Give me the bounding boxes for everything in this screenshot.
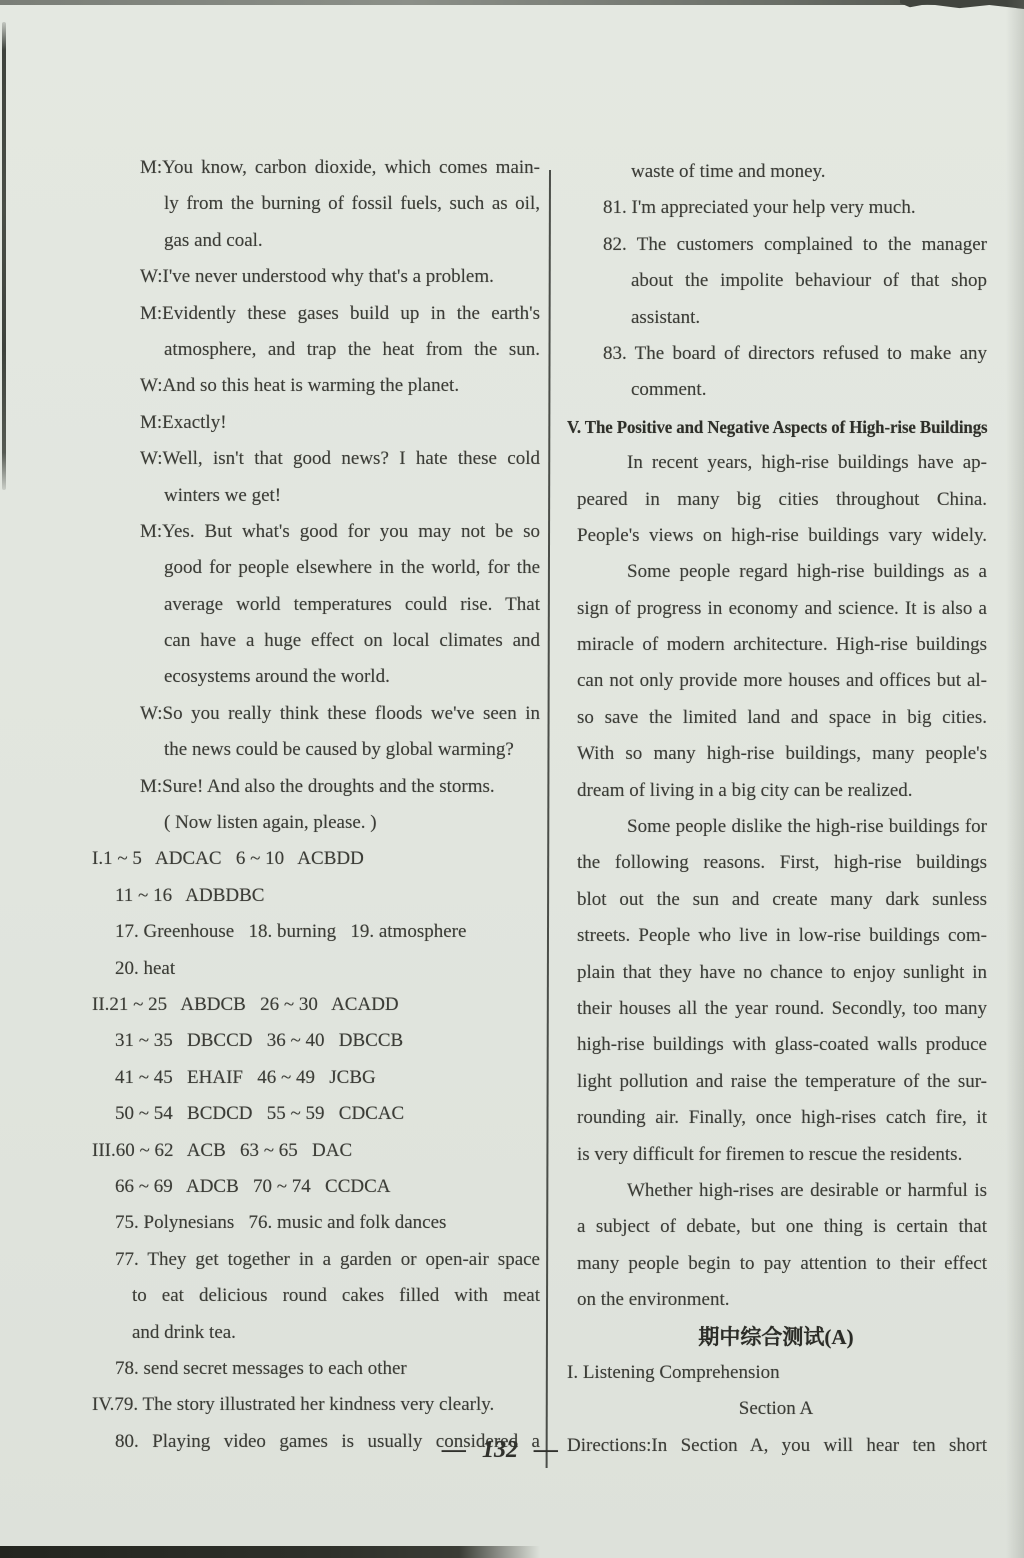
text-line: 20. heat	[88, 951, 540, 987]
text-line: Some people regard high-rise buildings a…	[565, 554, 987, 590]
text-line: Section A	[565, 1391, 987, 1427]
text-line: 17. Greenhouse 18. burning 19. atmospher…	[88, 914, 540, 950]
text-line: about the impolite behaviour of that sho…	[565, 263, 987, 299]
scanned-book-page: M:You know, carbon dioxide, which comes …	[0, 0, 1024, 1558]
text-line: 11 ~ 16 ADBDBC	[88, 878, 540, 914]
right-column: waste of time and money.81. I'm apprecia…	[565, 154, 987, 1464]
text-line: M:You know, carbon dioxide, which comes …	[88, 150, 540, 186]
text-line: With so many high-rise buildings, many p…	[565, 736, 987, 772]
text-line: In recent years, high-rise buildings hav…	[565, 445, 987, 481]
text-line: Directions:In Section A, you will hear t…	[565, 1428, 987, 1464]
text-line: plain that they have no chance to enjoy …	[565, 955, 987, 991]
text-line: to eat delicious round cakes filled with…	[88, 1278, 540, 1314]
text-line: on the environment.	[565, 1282, 987, 1318]
text-line: Some people dislike the high-rise buildi…	[565, 809, 987, 845]
text-line: People's views on high-rise buildings va…	[565, 518, 987, 554]
text-line: 31 ~ 35 DBCCD 36 ~ 40 DBCCB	[88, 1023, 540, 1059]
text-line: sign of progress in economy and science.…	[565, 591, 987, 627]
text-line: can not only provide more houses and off…	[565, 663, 987, 699]
page-number: — 132 —	[390, 1437, 610, 1464]
text-line: ecosystems around the world.	[88, 659, 540, 695]
text-line: is very difficult for firemen to rescue …	[565, 1137, 987, 1173]
text-line: 83. The board of directors refused to ma…	[565, 336, 987, 372]
text-line: many people begin to pay attention to th…	[565, 1246, 987, 1282]
text-line: W:I've never understood why that's a pro…	[88, 259, 540, 295]
text-line: I. Listening Comprehension	[565, 1355, 987, 1391]
text-line: I.1 ~ 5 ADCAC 6 ~ 10 ACBDD	[88, 841, 540, 877]
text-line: W:And so this heat is warming the planet…	[88, 368, 540, 404]
text-line: atmosphere, and trap the heat from the s…	[88, 332, 540, 368]
left-column: M:You know, carbon dioxide, which comes …	[88, 150, 540, 1460]
text-line: 41 ~ 45 EHAIF 46 ~ 49 JCBG	[88, 1060, 540, 1096]
scan-shade-right	[1006, 0, 1024, 1558]
text-line: 50 ~ 54 BCDCD 55 ~ 59 CDCAC	[88, 1096, 540, 1132]
text-line: M:Exactly!	[88, 405, 540, 441]
text-line: rounding air. Finally, once high-rises c…	[565, 1100, 987, 1136]
text-line: ( Now listen again, please. )	[88, 805, 540, 841]
text-line: can have a huge effect on local climates…	[88, 623, 540, 659]
text-line: the following reasons. First, high-rise …	[565, 845, 987, 881]
text-line: their houses all the year round. Secondl…	[565, 991, 987, 1027]
text-line: winters we get!	[88, 478, 540, 514]
text-line: light pollution and raise the temperatur…	[565, 1064, 987, 1100]
text-line: V. The Positive and Negative Aspects of …	[565, 409, 974, 445]
column-divider-rule	[546, 170, 551, 1468]
text-line: high-rise buildings with glass-coated wa…	[565, 1027, 987, 1063]
text-line: II.21 ~ 25 ABDCB 26 ~ 30 ACADD	[88, 987, 540, 1023]
text-line: 期中综合测试(A)	[565, 1319, 987, 1355]
text-line: W:So you really think these floods we've…	[88, 696, 540, 732]
text-line: 78. send secret messages to each other	[88, 1351, 540, 1387]
text-line: dream of living in a big city can be rea…	[565, 773, 987, 809]
text-line: IV.79. The story illustrated her kindnes…	[88, 1387, 540, 1423]
text-line: average world temperatures could rise. T…	[88, 587, 540, 623]
text-line: peared in many big cities throughout Chi…	[565, 482, 987, 518]
text-line: miracle of modern architecture. High-ris…	[565, 627, 987, 663]
scan-edge-top	[0, 0, 1024, 5]
text-line: W:Well, isn't that good news? I hate the…	[88, 441, 540, 477]
text-line: 66 ~ 69 ADCB 70 ~ 74 CCDCA	[88, 1169, 540, 1205]
text-line: Whether high-rises are desirable or harm…	[565, 1173, 987, 1209]
text-line: so save the limited land and space in bi…	[565, 700, 987, 736]
text-line: 77. They get together in a garden or ope…	[88, 1242, 540, 1278]
text-line: a subject of debate, but one thing is ce…	[565, 1209, 987, 1245]
text-line: and drink tea.	[88, 1315, 540, 1351]
text-line: M:Evidently these gases build up in the …	[88, 296, 540, 332]
text-line: comment.	[565, 372, 987, 408]
scan-edge-left	[2, 22, 6, 490]
text-line: M:Yes. But what's good for you may not b…	[88, 514, 540, 550]
text-line: gas and coal.	[88, 223, 540, 259]
text-line: 82. The customers complained to the mana…	[565, 227, 987, 263]
text-line: waste of time and money.	[565, 154, 987, 190]
text-line: the news could be caused by global warmi…	[88, 732, 540, 768]
text-line: 81. I'm appreciated your help very much.	[565, 190, 987, 226]
text-line: assistant.	[565, 300, 987, 336]
scan-edge-bottom	[0, 1546, 540, 1558]
text-line: blot out the sun and create many dark su…	[565, 882, 987, 918]
text-line: streets. People who live in low-rise bui…	[565, 918, 987, 954]
text-line: good for people elsewhere in the world, …	[88, 550, 540, 586]
text-line: III.60 ~ 62 ACB 63 ~ 65 DAC	[88, 1133, 540, 1169]
text-line: M:Sure! And also the droughts and the st…	[88, 769, 540, 805]
text-line: 75. Polynesians 76. music and folk dance…	[88, 1205, 540, 1241]
text-line: ly from the burning of fossil fuels, suc…	[88, 186, 540, 222]
